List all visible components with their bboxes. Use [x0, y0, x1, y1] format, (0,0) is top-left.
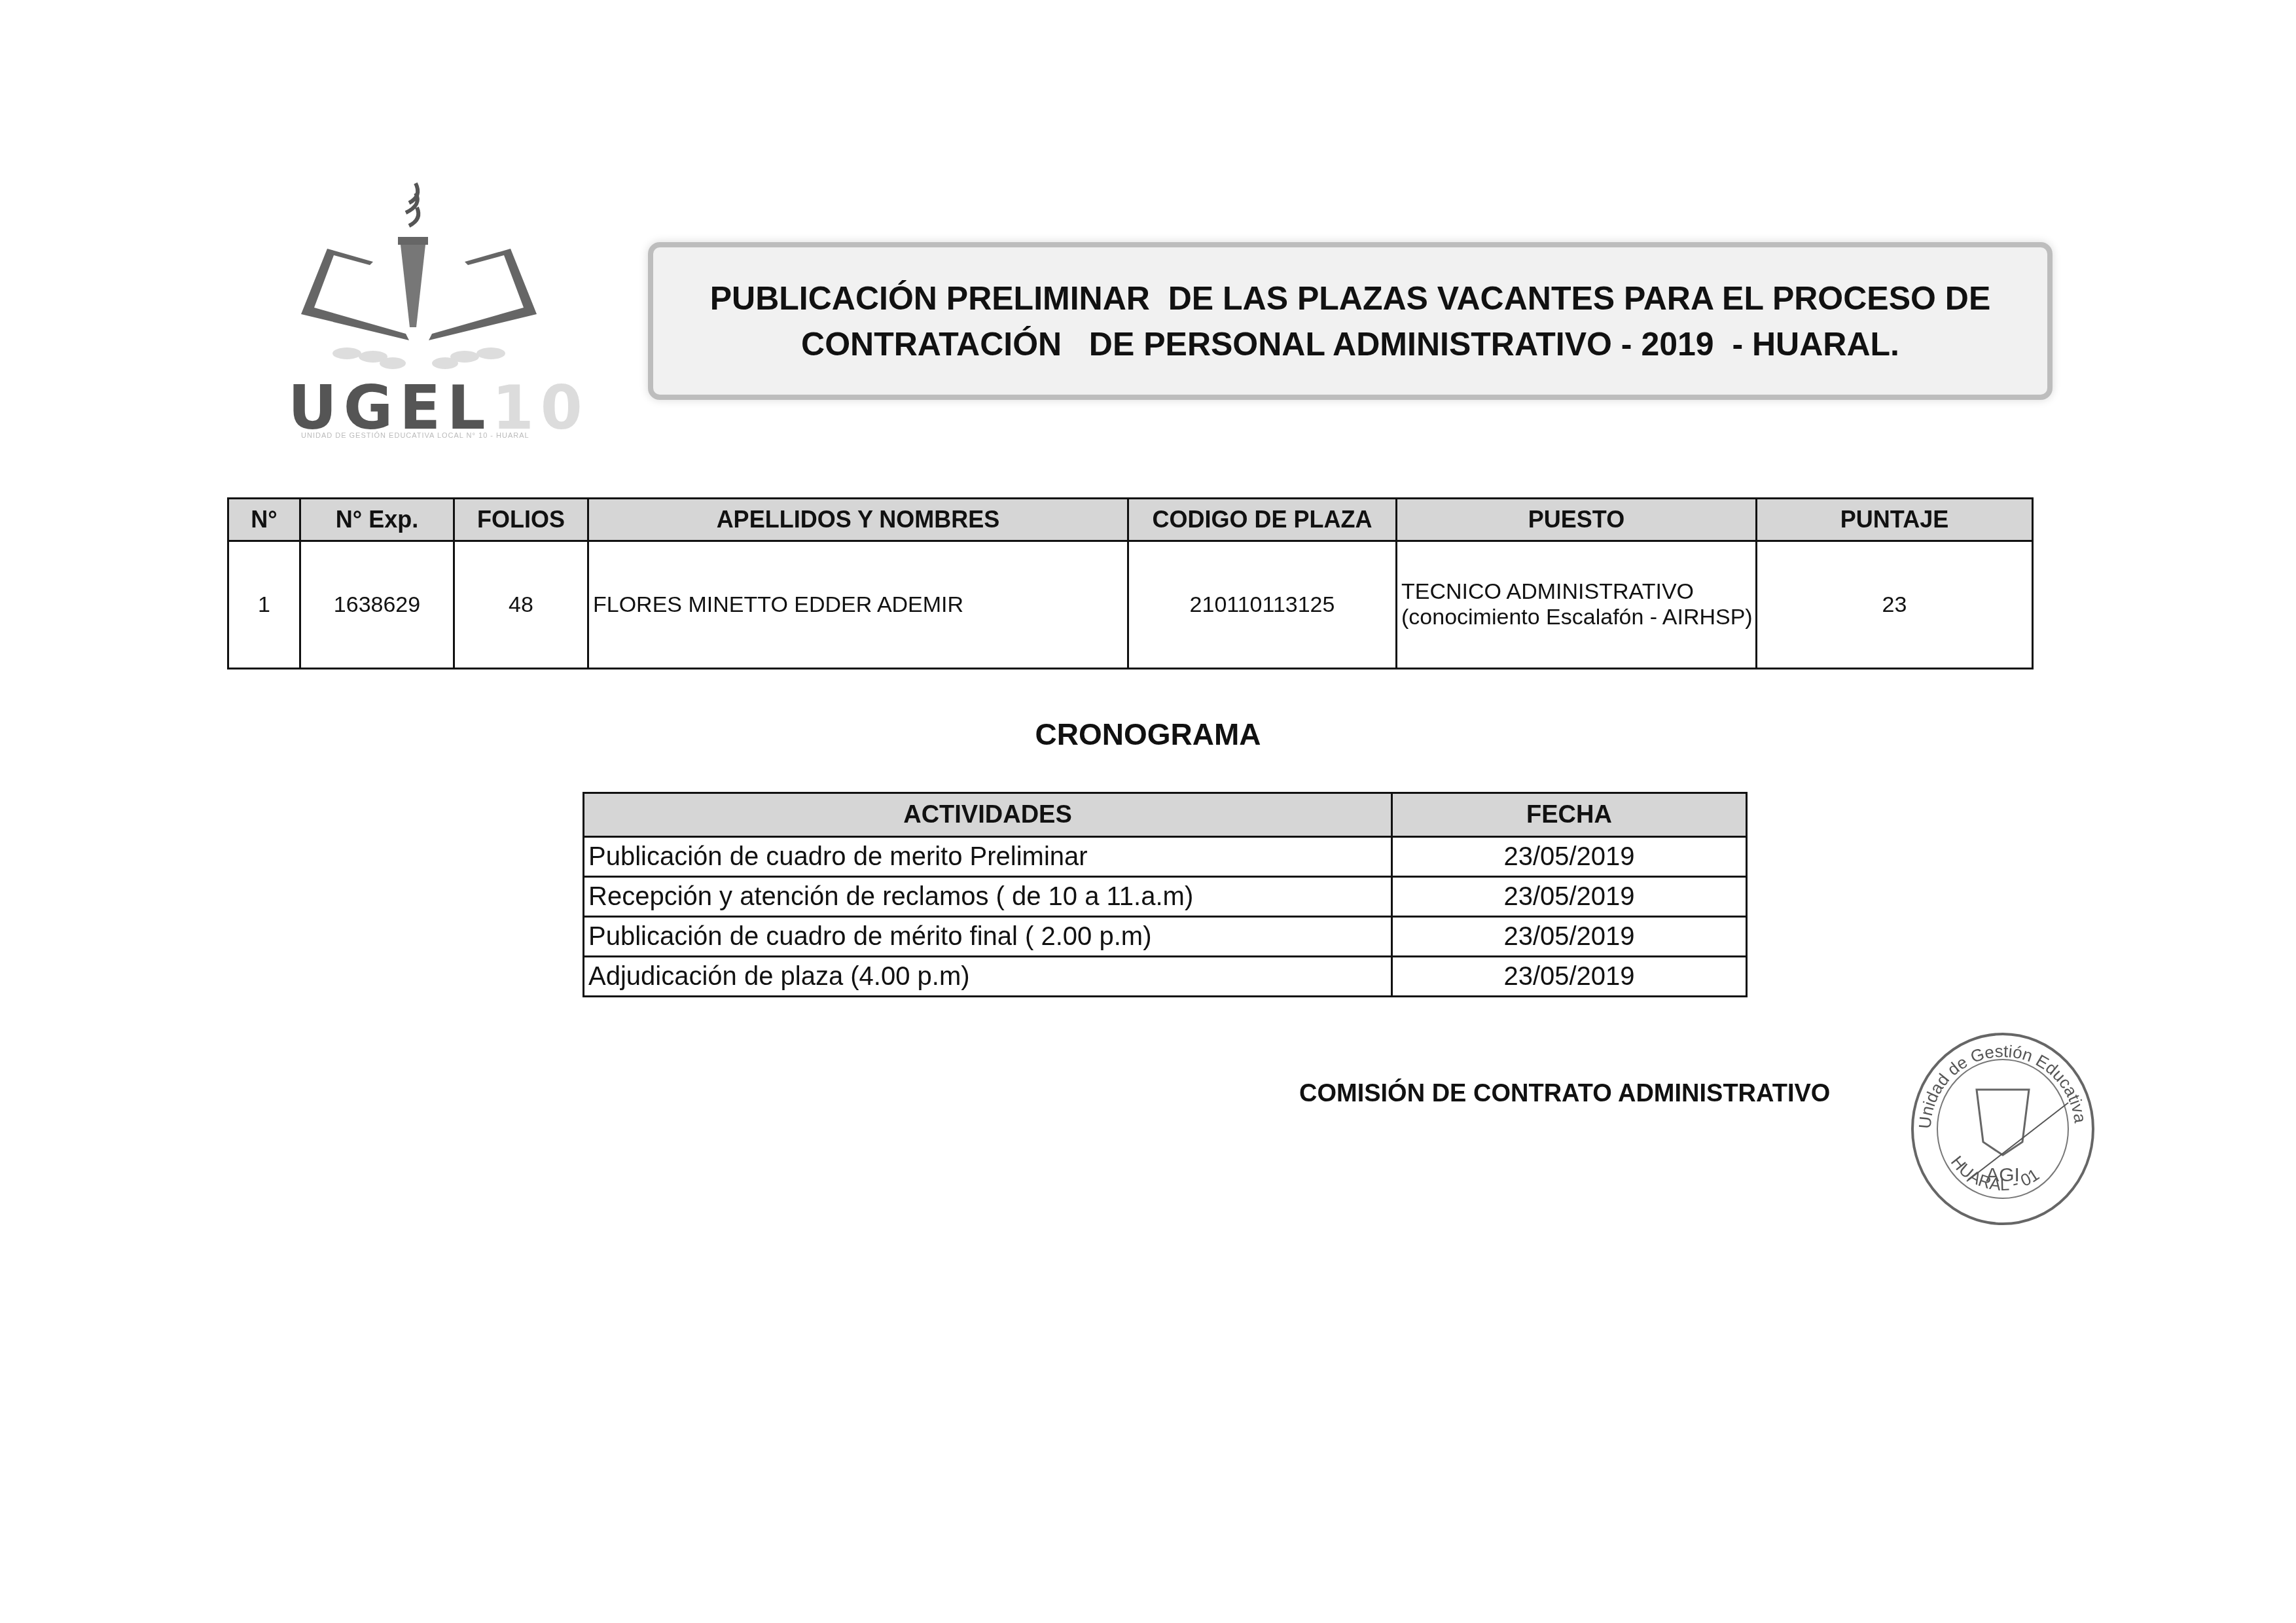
cell-nombres: FLORES MINETTO EDDER ADEMIR [588, 541, 1128, 669]
vacancy-table: N° N° Exp. FOLIOS APELLIDOS Y NOMBRES CO… [227, 497, 2034, 669]
col-header-exp: N° Exp. [300, 499, 454, 541]
col-header-nombres: APELLIDOS Y NOMBRES [588, 499, 1128, 541]
cell-n: 1 [228, 541, 300, 669]
cell-fecha: 23/05/2019 [1392, 877, 1747, 917]
cell-exp: 1638629 [300, 541, 454, 669]
table-row: Adjudicación de plaza (4.00 p.m) 23/05/2… [584, 957, 1747, 997]
commission-signature: COMISIÓN DE CONTRATO ADMINISTRATIVO [1299, 1080, 1830, 1108]
table-row: Publicación de cuadro de merito Prelimin… [584, 837, 1747, 877]
page-title-line-2: CONTRATACIÓN DE PERSONAL ADMINISTRATIVO … [801, 321, 1899, 367]
col-header-puesto: PUESTO [1397, 499, 1757, 541]
cell-actividad: Publicación de cuadro de mérito final ( … [584, 917, 1392, 957]
ugel-logo: UGEL10 UNIDAD DE GESTIÓN EDUCATIVA LOCAL… [288, 177, 550, 452]
cell-actividad: Adjudicación de plaza (4.00 p.m) [584, 957, 1392, 997]
cell-actividad: Recepción y atención de reclamos ( de 10… [584, 877, 1392, 917]
table-header-row: N° N° Exp. FOLIOS APELLIDOS Y NOMBRES CO… [228, 499, 2033, 541]
table-row: Recepción y atención de reclamos ( de 10… [584, 877, 1747, 917]
col-header-n: N° [228, 499, 300, 541]
cell-fecha: 23/05/2019 [1392, 917, 1747, 957]
cell-codigo: 210110113125 [1128, 541, 1397, 669]
col-header-folios: FOLIOS [454, 499, 588, 541]
svg-text:AGI: AGI [1986, 1164, 2020, 1186]
cronograma-title: CRONOGRAMA [0, 717, 2296, 752]
col-header-puntaje: PUNTAJE [1757, 499, 2033, 541]
table-row: Publicación de cuadro de mérito final ( … [584, 917, 1747, 957]
cell-puntaje: 23 [1757, 541, 2033, 669]
cell-actividad: Publicación de cuadro de merito Prelimin… [584, 837, 1392, 877]
cell-folios: 48 [454, 541, 588, 669]
logo-subtitle: UNIDAD DE GESTIÓN EDUCATIVA LOCAL N° 10 … [301, 432, 529, 440]
cell-puesto: TECNICO ADMINISTRATIVO (conocimiento Esc… [1397, 541, 1757, 669]
page-title-line-1: PUBLICACIÓN PRELIMINAR DE LAS PLAZAS VAC… [710, 276, 1991, 321]
col-header-fecha: FECHA [1392, 793, 1747, 837]
cell-fecha: 23/05/2019 [1392, 837, 1747, 877]
table-row: 1 1638629 48 FLORES MINETTO EDDER ADEMIR… [228, 541, 2033, 669]
cell-fecha: 23/05/2019 [1392, 957, 1747, 997]
table-header-row: ACTIVIDADES FECHA [584, 793, 1747, 837]
official-seal-icon: Unidad de Gestión Educativa Local N° 10 … [1905, 1031, 2101, 1227]
book-torch-icon [288, 177, 550, 373]
svg-text:Unidad de Gestión Educativa Lo: Unidad de Gestión Educativa Local N° 10 [1905, 1031, 2090, 1130]
page-title-box: PUBLICACIÓN PRELIMINAR DE LAS PLAZAS VAC… [648, 242, 2053, 400]
col-header-codigo: CODIGO DE PLAZA [1128, 499, 1397, 541]
col-header-actividades: ACTIVIDADES [584, 793, 1392, 837]
cronograma-table: ACTIVIDADES FECHA Publicación de cuadro … [583, 792, 1748, 997]
